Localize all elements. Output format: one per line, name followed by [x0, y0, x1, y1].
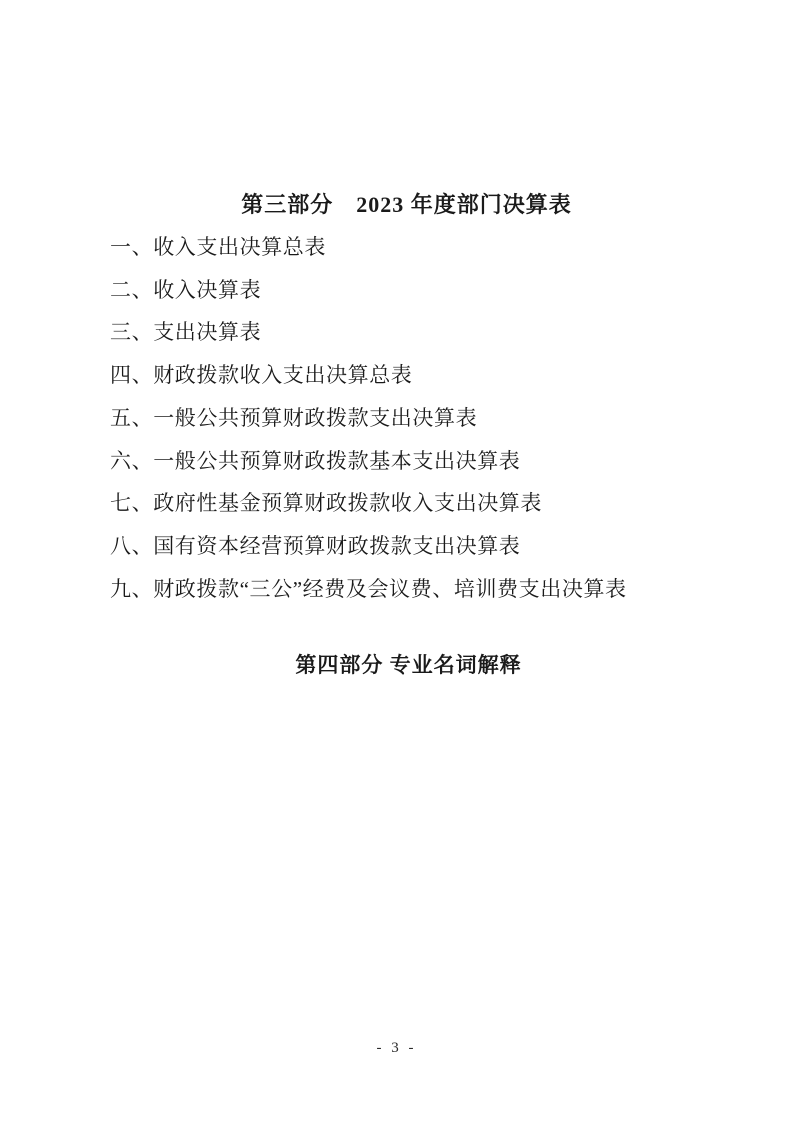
section4-heading: 第四部分 专业名词解释 — [12, 649, 793, 679]
toc-item-5: 五、一般公共预算财政拨款支出决算表 — [110, 397, 627, 440]
section3-heading: 第三部分 2023 年度部门决算表 — [10, 188, 793, 219]
toc-list: 一、收入支出决算总表 二、收入决算表 三、支出决算表 四、财政拨款收入支出决算总… — [110, 226, 627, 610]
page-number: - 3 - — [0, 1040, 793, 1057]
toc-item-4: 四、财政拨款收入支出决算总表 — [110, 354, 627, 397]
toc-item-2: 二、收入决算表 — [110, 269, 627, 312]
toc-item-9: 九、财政拨款“三公”经费及会议费、培训费支出决算表 — [110, 568, 627, 611]
toc-item-1: 一、收入支出决算总表 — [110, 226, 627, 269]
toc-item-8: 八、国有资本经营预算财政拨款支出决算表 — [110, 525, 627, 568]
document-page: 第三部分 2023 年度部门决算表 一、收入支出决算总表 二、收入决算表 三、支… — [0, 0, 793, 1122]
toc-item-3: 三、支出决算表 — [110, 311, 627, 354]
toc-item-7: 七、政府性基金预算财政拨款收入支出决算表 — [110, 482, 627, 525]
toc-item-6: 六、一般公共预算财政拨款基本支出决算表 — [110, 440, 627, 483]
